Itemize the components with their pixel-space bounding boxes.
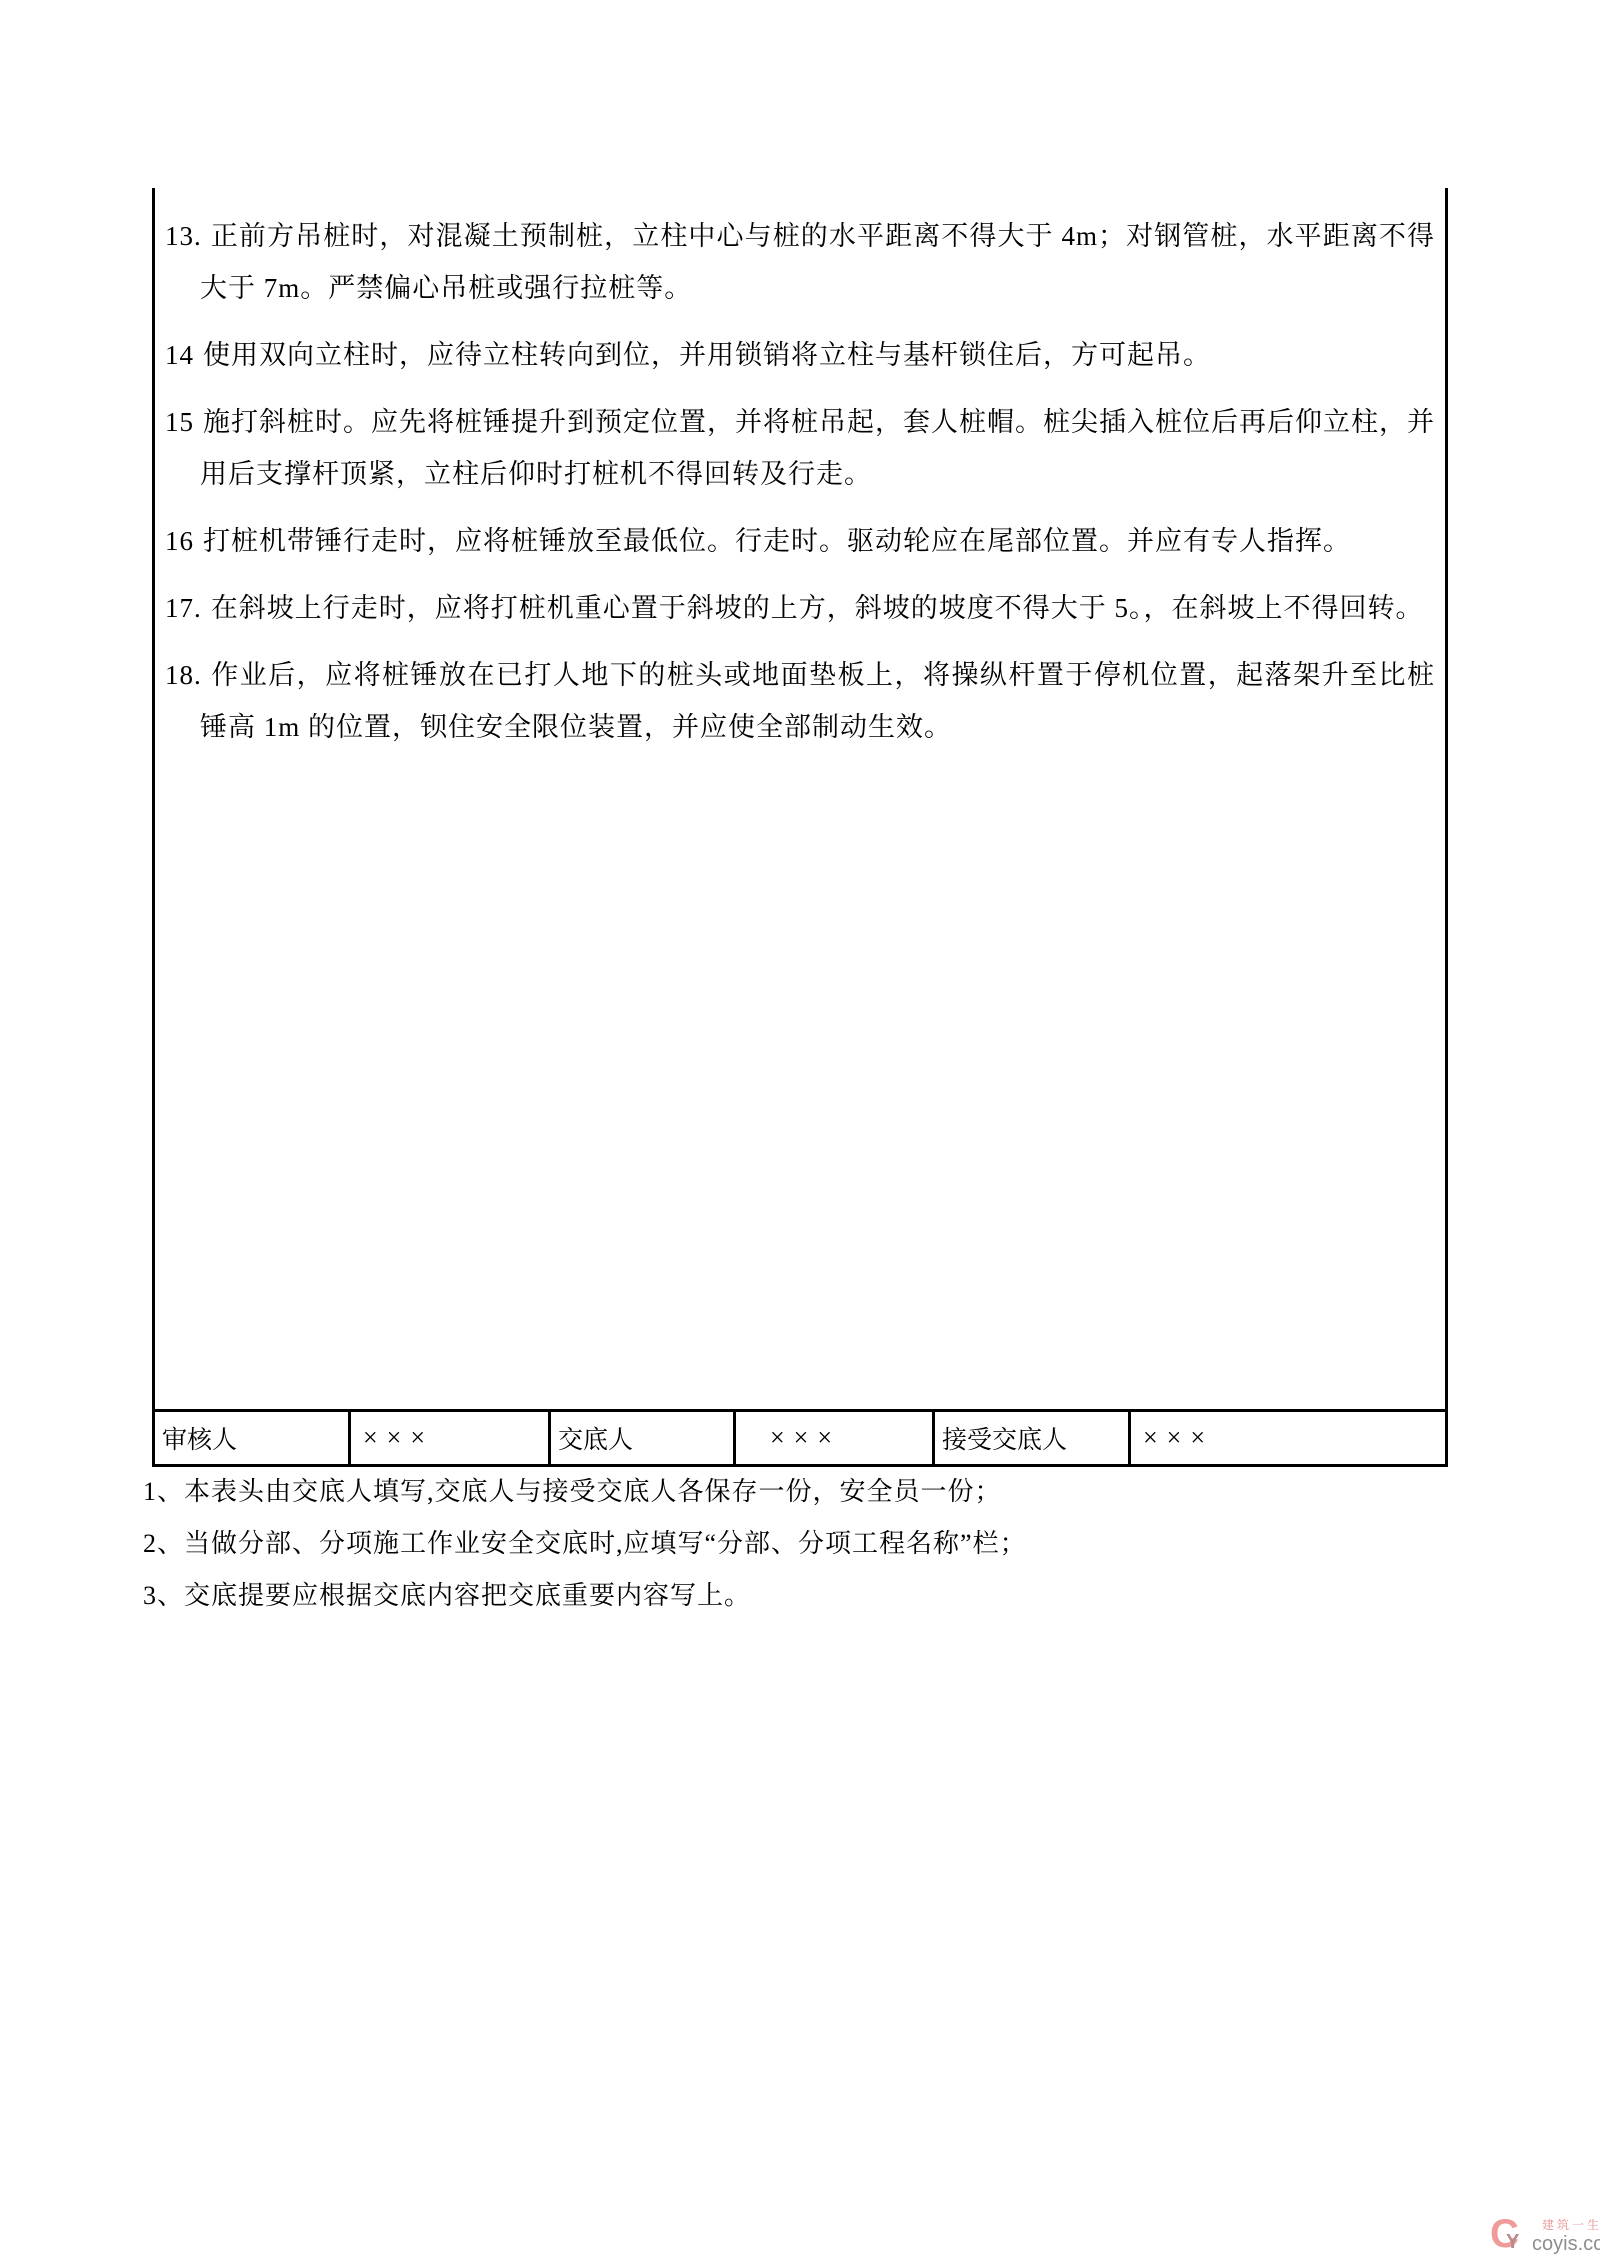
- logo-text: 建筑一生 coyis.com: [1532, 2218, 1600, 2256]
- logo-site-url: coyis.com: [1532, 2232, 1600, 2256]
- item-number: 18.: [165, 660, 202, 690]
- reviewer-value-cell: ×××: [351, 1412, 551, 1464]
- item-text: 在斜坡上行走时，应将打桩机重心置于斜坡的上方，斜坡的坡度不得大于 5。，在斜坡上…: [211, 593, 1424, 623]
- item-number: 15: [165, 407, 194, 437]
- list-item-13: 13.正前方吊桩时，对混凝土预制桩，立柱中心与桩的水平距离不得大于 4m；对钢管…: [165, 210, 1435, 314]
- content-box: 13.正前方吊桩时，对混凝土预制桩，立柱中心与桩的水平距离不得大于 4m；对钢管…: [152, 188, 1448, 1409]
- reviewer-label-cell: 审核人: [155, 1412, 351, 1464]
- document-page: 13.正前方吊桩时，对混凝土预制桩，立柱中心与桩的水平距离不得大于 4m；对钢管…: [0, 0, 1600, 2262]
- list-item-14: 14使用双向立柱时，应待立柱转向到位，并用锁销将立柱与基杆锁住后，方可起吊。: [165, 329, 1435, 381]
- item-number: 17.: [165, 593, 202, 623]
- item-text: 施打斜桩时。应先将桩锤提升到预定位置，并将桩吊起，套人桩帽。桩尖插入桩位后再后仰…: [200, 407, 1435, 489]
- list-item-17: 17.在斜坡上行走时，应将打桩机重心置于斜坡的上方，斜坡的坡度不得大于 5。，在…: [165, 582, 1435, 634]
- logo-brand-name: 建筑一生: [1542, 2218, 1600, 2232]
- item-text: 使用双向立柱时，应待立柱转向到位，并用锁销将立柱与基杆锁住后，方可起吊。: [203, 340, 1211, 370]
- coyis-logo-icon: C Y: [1490, 2218, 1528, 2258]
- signature-table: 审核人 ××× 交底人 ××× 接受交底人 ×××: [152, 1409, 1448, 1467]
- discloser-label-cell: 交底人: [551, 1412, 736, 1464]
- footnote-2: 2、当做分部、分项施工作业安全交底时,应填写“分部、分项工程名称”栏；: [143, 1530, 1463, 1558]
- item-number: 16: [165, 526, 194, 556]
- list-item-16: 16打桩机带锤行走时，应将桩锤放至最低位。行走时。驱动轮应在尾部位置。并应有专人…: [165, 515, 1435, 567]
- discloser-value-cell: ×××: [736, 1412, 935, 1464]
- logo-letter-y: Y: [1506, 2231, 1519, 2254]
- footnote-1: 1、本表头由交底人填写,交底人与接受交底人各保存一份，安全员一份；: [143, 1478, 1463, 1506]
- item-number: 14: [165, 340, 194, 370]
- item-text: 正前方吊桩时，对混凝土预制桩，立柱中心与桩的水平距离不得大于 4m；对钢管桩，水…: [200, 221, 1435, 303]
- footnote-3: 3、交底提要应根据交底内容把交底重要内容写上。: [143, 1582, 1463, 1610]
- list-item-15: 15施打斜桩时。应先将桩锤提升到预定位置，并将桩吊起，套人桩帽。桩尖插入桩位后再…: [165, 396, 1435, 500]
- item-number: 13.: [165, 221, 202, 251]
- item-text: 打桩机带锤行走时，应将桩锤放至最低位。行走时。驱动轮应在尾部位置。并应有专人指挥…: [203, 526, 1351, 556]
- receiver-label-cell: 接受交底人: [935, 1412, 1131, 1464]
- item-text: 作业后，应将桩锤放在已打人地下的桩头或地面垫板上，将操纵杆置于停机位置，起落架升…: [200, 660, 1435, 742]
- receiver-value-cell: ×××: [1131, 1412, 1445, 1464]
- list-item-18: 18.作业后，应将桩锤放在已打人地下的桩头或地面垫板上，将操纵杆置于停机位置，起…: [165, 649, 1435, 753]
- coyis-watermark: C Y 建筑一生 coyis.com: [1490, 2218, 1600, 2258]
- footnotes: 1、本表头由交底人填写,交底人与接受交底人各保存一份，安全员一份； 2、当做分部…: [143, 1478, 1463, 1634]
